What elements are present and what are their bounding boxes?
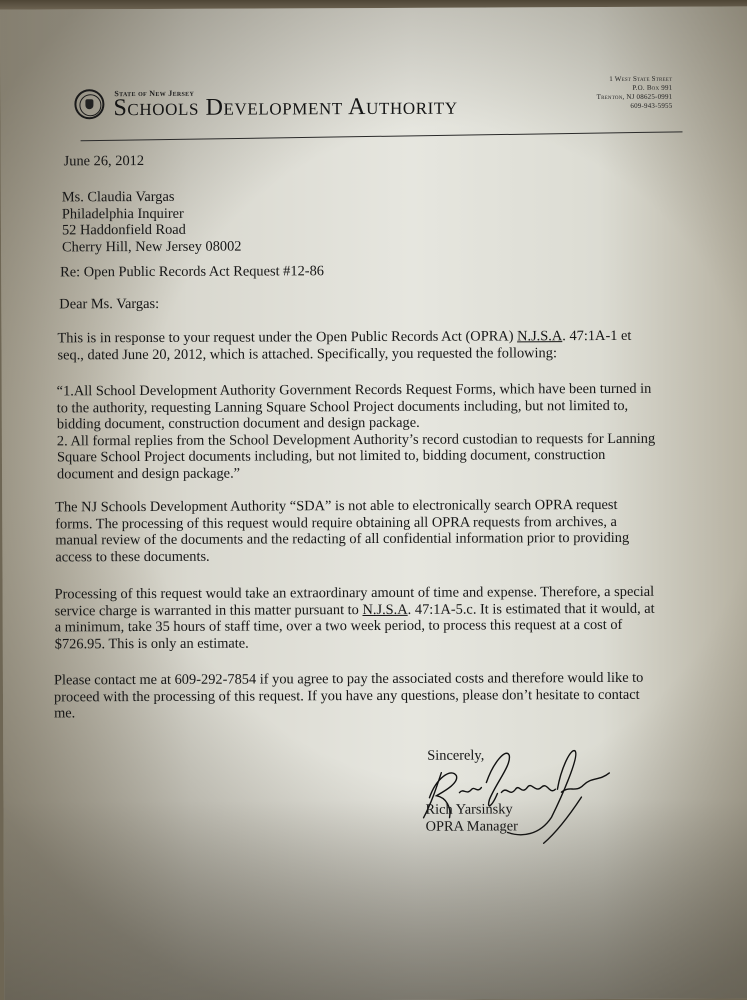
paragraph-line: access to these documents.	[55, 546, 629, 565]
signer-name: Rich Yarsinsky	[425, 801, 517, 818]
signature-block: Rich Yarsinsky OPRA Manager	[425, 801, 517, 834]
handwritten-signature-icon	[411, 737, 621, 848]
paragraph-line: The NJ Schools Development Authority “SD…	[55, 497, 629, 516]
quote-line: Square School Project documents includin…	[57, 447, 655, 466]
quoted-request: “1.All School Development Authority Gove…	[57, 381, 656, 483]
recipient-city: Cherry Hill, New Jersey 08002	[62, 238, 242, 255]
intro-line-1: This is in response to your request unde…	[57, 328, 631, 347]
agency-name: Schools Development Authority	[113, 94, 457, 123]
salutation: Dear Ms. Vargas:	[59, 296, 159, 313]
subject-line: Re: Open Public Records Act Request #12-…	[60, 263, 324, 281]
paragraph-contact: Please contact me at 609-292-7854 if you…	[54, 670, 644, 722]
recipient-name: Ms. Claudia Vargas	[62, 189, 242, 206]
recipient-street: 52 Haddonfield Road	[62, 222, 242, 239]
statute-reference: N.J.S.A	[517, 328, 562, 344]
address-street: 1 West State Street	[562, 75, 672, 84]
paragraph-line: proceed with the processing of this requ…	[54, 686, 644, 705]
paragraph-line: $726.95. This is only an estimate.	[55, 633, 655, 652]
recipient-organization: Philadelphia Inquirer	[62, 205, 242, 222]
nj-state-seal-icon	[74, 89, 104, 119]
address-phone: 609-943-5955	[562, 102, 672, 111]
quote-line: to the authority, requesting Lanning Squ…	[57, 397, 655, 416]
recipient-address: Ms. Claudia Vargas Philadelphia Inquirer…	[62, 189, 242, 256]
address-city: Trenton, NJ 08625-0991	[562, 93, 672, 102]
paragraph-cost-estimate: Processing of this request would take an…	[55, 584, 655, 653]
quote-line: document and design package.”	[57, 463, 655, 482]
paragraph-sda-explanation: The NJ Schools Development Authority “SD…	[55, 497, 629, 566]
letter-date: June 26, 2012	[64, 153, 144, 170]
letter-page: State of New Jersey Schools Development …	[0, 6, 747, 1000]
signer-title: OPRA Manager	[426, 818, 518, 835]
paragraph-intro: This is in response to your request unde…	[57, 328, 631, 364]
address-pobox: P.O. Box 991	[562, 84, 672, 93]
statute-reference: N.J.S.A	[362, 601, 407, 617]
letterhead-address: 1 West State Street P.O. Box 991 Trenton…	[562, 75, 672, 111]
paragraph-line: manual review of the documents and the r…	[55, 530, 629, 549]
paragraph-line: Please contact me at 609-292-7854 if you…	[54, 670, 644, 689]
paragraph-line: me.	[54, 703, 644, 722]
paragraph-line: a minimum, take 35 hours of staff time, …	[55, 617, 655, 636]
quote-line: “1.All School Development Authority Gove…	[57, 381, 655, 400]
intro-line-2: seq., dated June 20, 2012, which is atta…	[57, 344, 631, 363]
